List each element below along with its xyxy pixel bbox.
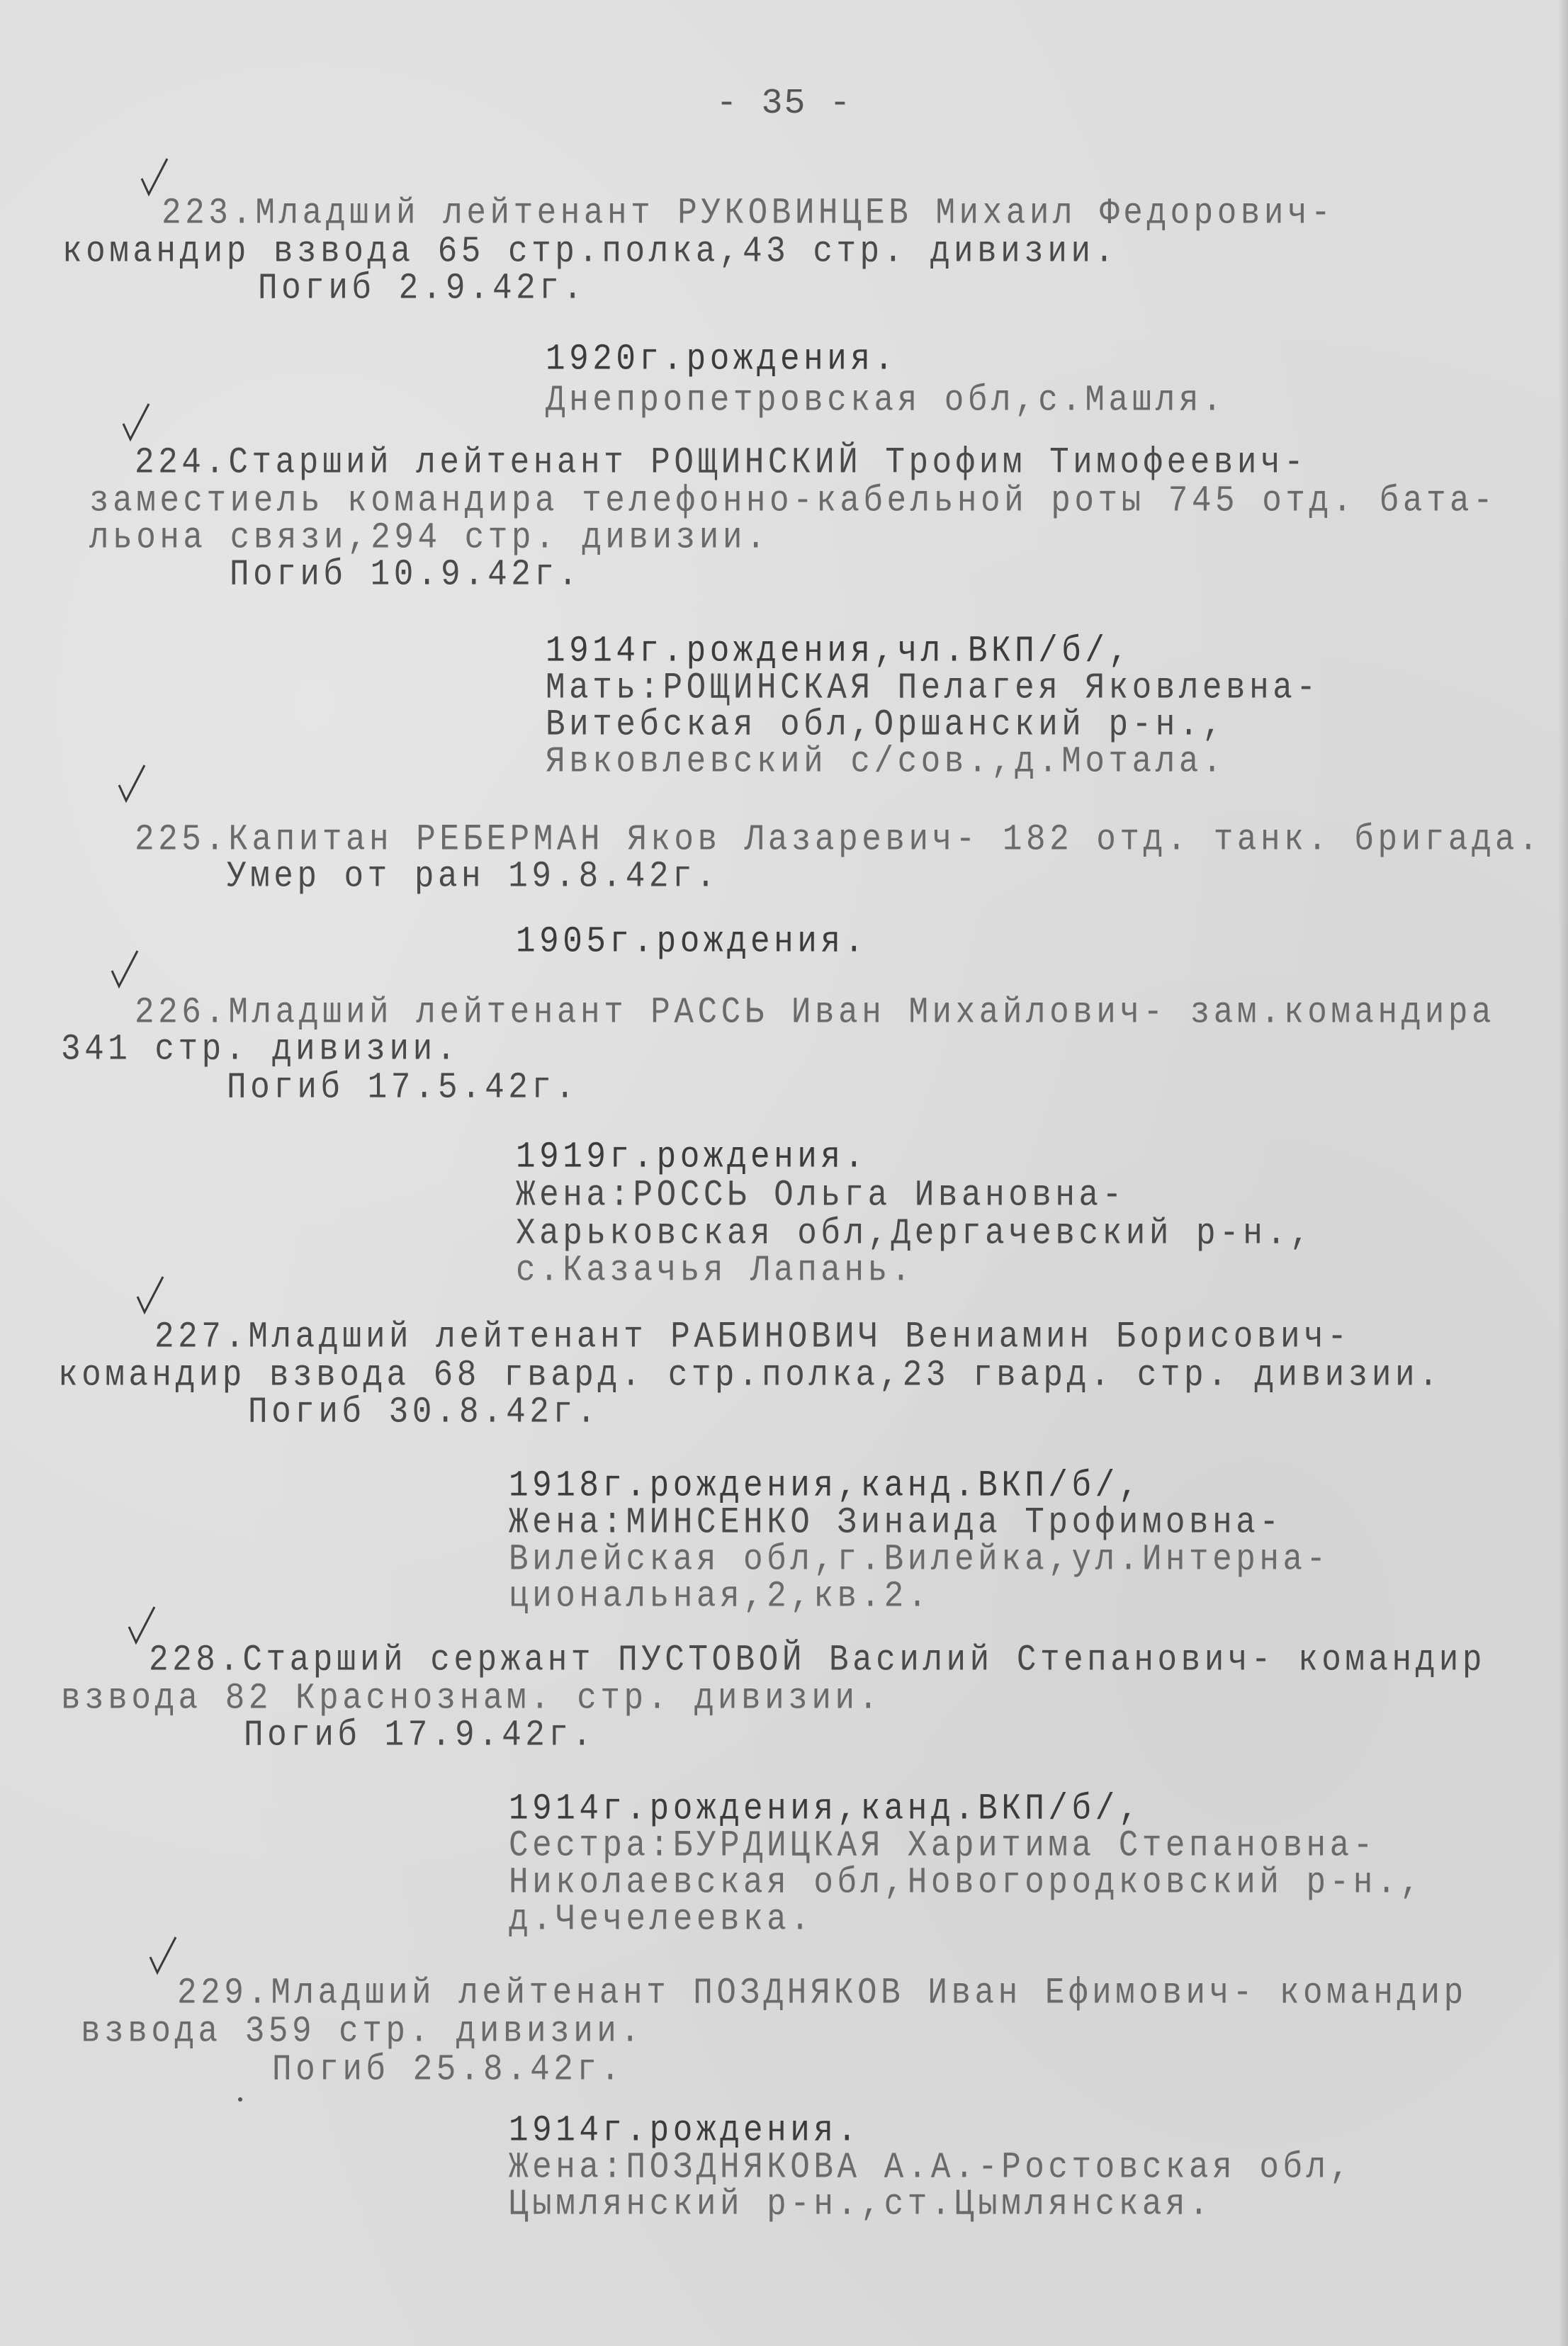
entry-226-death: Погиб 17.5.42г. (227, 1067, 579, 1108)
checkmark-icon (139, 157, 170, 197)
entry-227-header-2: командир взвода 68 гвард. стр.полка,23 г… (58, 1355, 1442, 1396)
entry-226-detail-4: с.Казачья Лапань. (516, 1250, 915, 1291)
entry-229-detail-3: Цымлянский р-н.,ст.Цымлянская. (509, 2184, 1212, 2225)
page-number: - 35 - (0, 84, 1568, 124)
entry-229-detail-1: 1914г.рождения. (509, 2110, 861, 2151)
entry-223-header-2: командир взвода 65 стр.полка,43 стр. див… (62, 231, 1118, 272)
checkmark-icon (109, 949, 140, 989)
entry-224-detail-2: Мать:РОЩИНСКАЯ Пелагея Яковлевна- (546, 667, 1319, 709)
entry-226-detail-2: Жена:РОССЬ Ольга Ивановна- (516, 1175, 1126, 1216)
checkmark-icon (116, 764, 147, 803)
entry-228-header-1: 228.Старший сержант ПУСТОВОЙ Василий Сте… (149, 1640, 1486, 1681)
entry-224-header-2: заместиель командира телефонно-кабельной… (89, 480, 1496, 521)
entry-227-death: Погиб 30.8.42г. (248, 1392, 600, 1433)
entry-226-detail-3: Харьковская обл,Дергачевский р-н., (516, 1213, 1314, 1254)
entry-228-detail-4: д.Чечелеевка. (509, 1899, 813, 1940)
entry-229-detail-2: Жена:ПОЗДНЯКОВА А.А.-Ростовская обл, (509, 2147, 1353, 2188)
entry-229-death: Погиб 25.8.42г. (272, 2049, 624, 2090)
entry-224-header-3: льона связи,294 стр. дивизии. (89, 517, 769, 558)
entry-228-detail-1: 1914г.рождения,канд.ВКП/б/, (509, 1788, 1142, 1829)
entry-224-detail-3: Витебская обл,Оршанский р-н., (546, 704, 1226, 745)
entry-224-header-1: 224.Старший лейтенант РОЩИНСКИЙ Трофим Т… (135, 442, 1307, 483)
entry-229-header-2: взвода 359 стр. дивизии. (81, 2011, 644, 2052)
entry-228-detail-3: Николаевская обл,Новогородковский р-н., (509, 1862, 1423, 1903)
entry-223-detail-2: Днепропетровская обл,с.Машля. (546, 380, 1226, 421)
entry-223-detail-1: 1920г.рождения. (546, 339, 898, 380)
entry-225-detail-1: 1905г.рождения. (516, 921, 868, 962)
entry-227-detail-4: циональная,2,кв.2. (509, 1576, 931, 1617)
entry-223-header-1: 223.Младший лейтенант РУКОВИНЦЕВ Михаил … (162, 193, 1334, 234)
checkmark-icon (120, 402, 152, 442)
entry-228-detail-2: Сестра:БУРДИЦКАЯ Харитима Степановна- (509, 1825, 1377, 1866)
entry-226-header-2: 341 стр. дивизии. (61, 1029, 460, 1070)
entry-229-header-1: 229.Младший лейтенант ПОЗДНЯКОВ Иван Ефи… (177, 1973, 1467, 2014)
entry-226-header-1: 226.Младший лейтенант РАССЬ Иван Михайло… (135, 992, 1495, 1033)
entry-226-detail-1: 1919г.рождения. (516, 1137, 868, 1178)
document-page: - 35 - 223.Младший лейтенант РУКОВИНЦЕВ … (0, 0, 1568, 2346)
entry-227-detail-3: Вилейская обл,г.Вилейка,ул.Интерна- (509, 1539, 1330, 1580)
entry-225-death: Умер от ран 19.8.42г. (227, 856, 719, 897)
entry-228-header-2: взвода 82 Краснознам. стр. дивизии. (61, 1678, 882, 1719)
entry-224-death: Погиб 10.9.42г. (230, 554, 582, 595)
checkmark-icon (147, 1936, 179, 1975)
entry-224-detail-4: Явковлевский с/сов.,д.Мотала. (546, 741, 1226, 782)
entry-223-death: Погиб 2.9.42г. (258, 268, 586, 309)
entry-227-detail-2: Жена:МИНСЕНКО Зинаида Трофимовна- (509, 1502, 1282, 1543)
entry-227-header-1: 227.Младший лейтенант РАБИНОВИЧ Вениамин… (154, 1316, 1350, 1358)
checkmark-icon (135, 1275, 166, 1315)
entry-224-detail-1: 1914г.рождения,чл.ВКП/б/, (546, 631, 1132, 672)
entry-225-header-1: 225.Капитан РЕБЕРМАН Яков Лазаревич- 182… (135, 819, 1542, 860)
ink-speck (238, 2097, 242, 2102)
entry-227-detail-1: 1918г.рождения,канд.ВКП/б/, (509, 1465, 1142, 1506)
page-edge-shadow (1558, 0, 1568, 2346)
entry-228-death: Погиб 17.9.42г. (244, 1715, 596, 1756)
